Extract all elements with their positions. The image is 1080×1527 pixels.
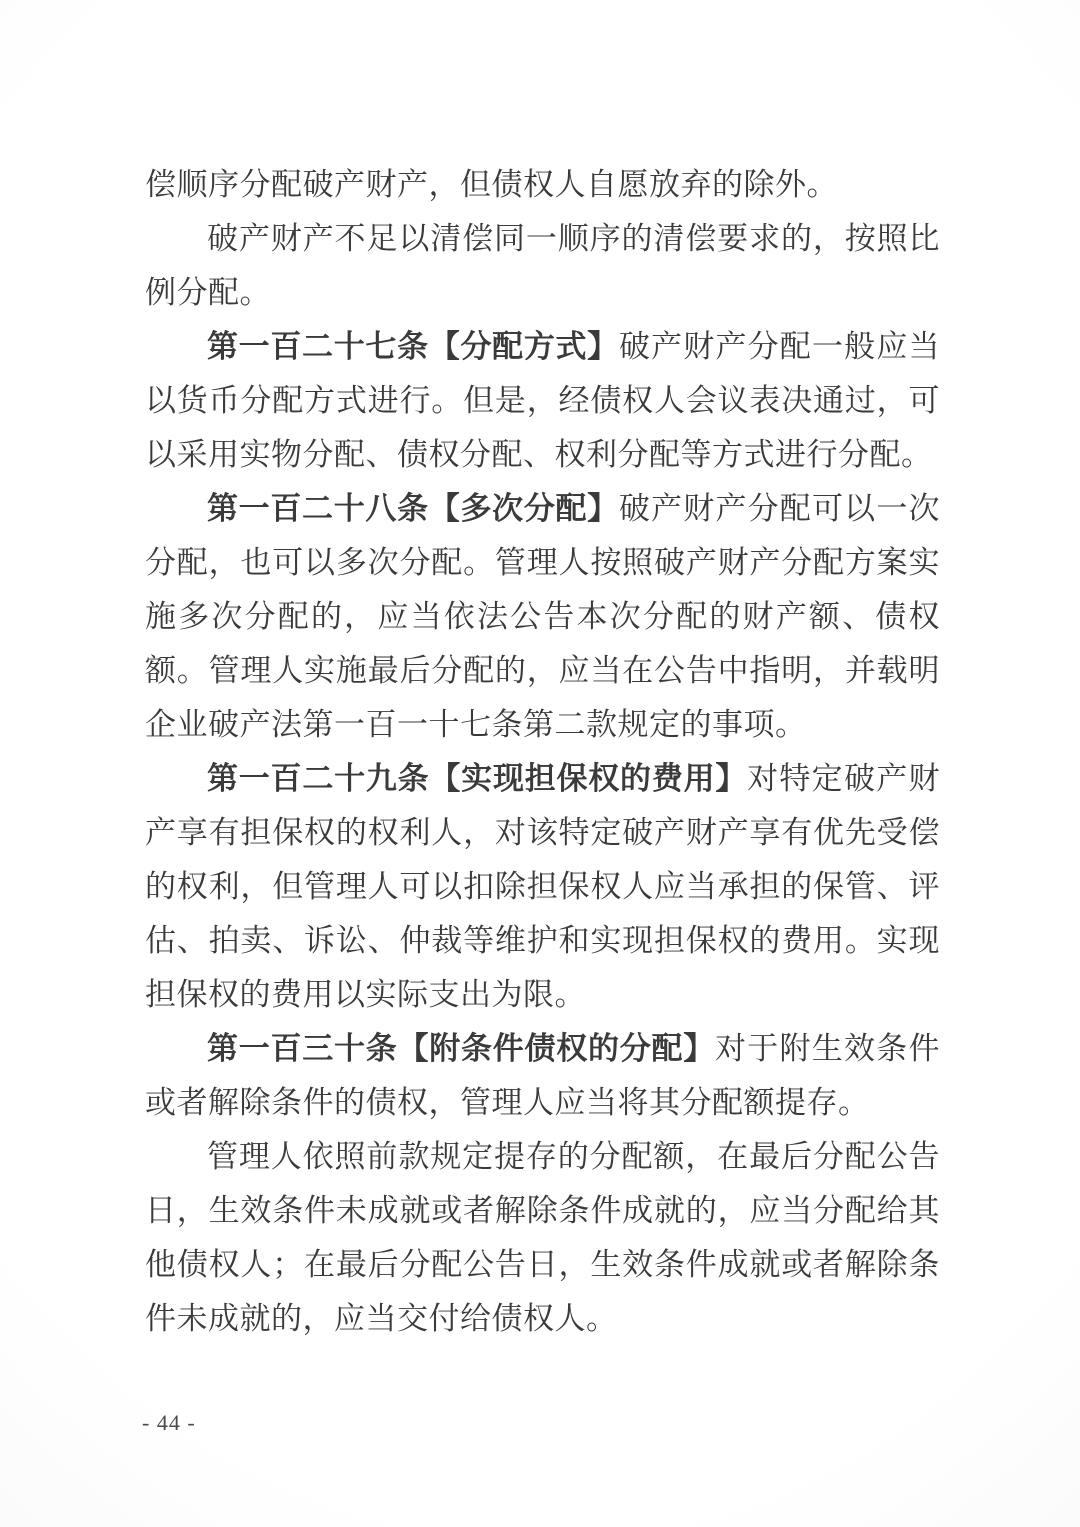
- paragraph-article-127: 第一百二十七条【分配方式】破产财产分配一般应当以货币分配方式进行。但是，经债权人…: [145, 320, 940, 482]
- paragraph-article-128: 第一百二十八条【多次分配】破产财产分配可以一次分配，也可以多次分配。管理人按照破…: [145, 482, 940, 752]
- article-heading: 第一百三十条【附条件债权的分配】: [207, 1031, 715, 1067]
- article-heading: 第一百二十九条【实现担保权的费用】: [207, 761, 747, 797]
- paragraph: 管理人依照前款规定提存的分配额，在最后分配公告日，生效条件未成就或者解除条件成就…: [145, 1130, 940, 1346]
- paragraph-text: 破产财产不足以清偿同一顺序的清偿要求的，按照比例分配。: [145, 221, 940, 310]
- document-page: { "document": { "paragraphs": [ { "text"…: [0, 0, 1080, 1527]
- paragraph-text: 管理人依照前款规定提存的分配额，在最后分配公告日，生效条件未成就或者解除条件成就…: [145, 1139, 940, 1336]
- page-number: - 44 -: [142, 1408, 196, 1438]
- article-heading: 第一百二十七条【分配方式】: [207, 329, 619, 365]
- paragraph-article-129: 第一百二十九条【实现担保权的费用】对特定破产财产享有担保权的权利人，对该特定破产…: [145, 752, 940, 1022]
- paragraph: 破产财产不足以清偿同一顺序的清偿要求的，按照比例分配。: [145, 212, 940, 320]
- paragraph-text: 对特定破产财产享有担保权的权利人，对该特定破产财产享有优先受偿的权利，但管理人可…: [145, 761, 940, 1012]
- paragraph-text: 偿顺序分配破产财产，但债权人自愿放弃的除外。: [145, 167, 838, 202]
- article-heading: 第一百二十八条【多次分配】: [207, 491, 619, 527]
- page-text-body: 偿顺序分配破产财产，但债权人自愿放弃的除外。 破产财产不足以清偿同一顺序的清偿要…: [145, 158, 940, 1346]
- paragraph-text: 破产财产分配可以一次分配，也可以多次分配。管理人按照破产财产分配方案实施多次分配…: [145, 491, 940, 742]
- paragraph-article-130: 第一百三十条【附条件债权的分配】对于附生效条件或者解除条件的债权，管理人应当将其…: [145, 1022, 940, 1130]
- paragraph: 偿顺序分配破产财产，但债权人自愿放弃的除外。: [145, 158, 940, 212]
